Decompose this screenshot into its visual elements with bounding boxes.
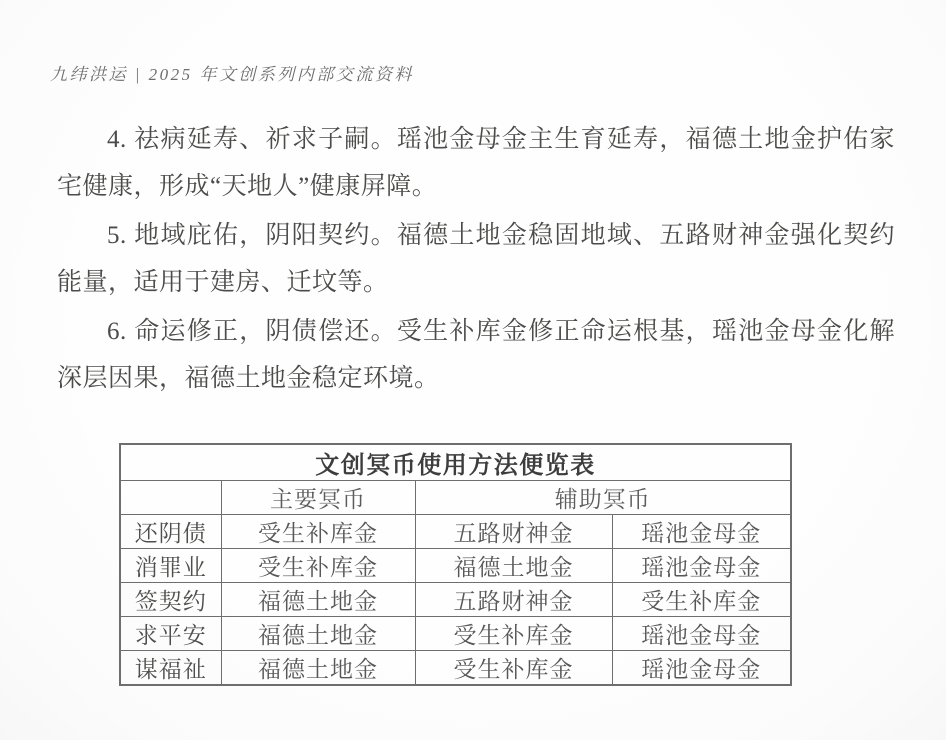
usage-table: 文创冥币使用方法便览表 主要冥币 辅助冥币 还阴债 受生补库金 五路财神金 瑶池… xyxy=(119,443,792,686)
table-header-row: 主要冥币 辅助冥币 xyxy=(120,481,791,515)
paragraph-5: 5. 地域庇佑，阴阳契约。福德土地金稳固地域、五路财神金强化契约能量，适用于建房… xyxy=(57,212,895,306)
table-row: 谋福祉 福德土地金 受生补库金 瑶池金母金 xyxy=(120,651,791,686)
corner-cell xyxy=(120,481,221,515)
table-cell: 福德土地金 xyxy=(221,583,415,617)
table-title: 文创冥币使用方法便览表 xyxy=(120,444,791,481)
col-header-main: 主要冥币 xyxy=(221,481,415,515)
table-cell: 瑶池金母金 xyxy=(612,515,791,549)
row-label: 谋福祉 xyxy=(120,651,221,686)
table-row: 还阴债 受生补库金 五路财神金 瑶池金母金 xyxy=(120,515,791,549)
paragraph-6: 6. 命运修正，阴债偿还。受生补库金修正命运根基，瑶池金母金化解深层因果，福德土… xyxy=(57,308,895,402)
document-page: 九纬洪运 | 2025 年文创系列内部交流资料 4. 祛病延寿、祈求子嗣。瑶池金… xyxy=(0,0,946,740)
table-row: 签契约 福德土地金 五路财神金 受生补库金 xyxy=(120,583,791,617)
row-label: 签契约 xyxy=(120,583,221,617)
table-cell: 受生补库金 xyxy=(415,617,612,651)
table-cell: 受生补库金 xyxy=(221,515,415,549)
usage-table-wrap: 文创冥币使用方法便览表 主要冥币 辅助冥币 还阴债 受生补库金 五路财神金 瑶池… xyxy=(119,443,792,686)
document-header: 九纬洪运 | 2025 年文创系列内部交流资料 xyxy=(50,60,414,85)
table-cell: 福德土地金 xyxy=(221,651,415,686)
document-body: 4. 祛病延寿、祈求子嗣。瑶池金母金主生育延寿，福德土地金护佑家宅健康，形成“天… xyxy=(57,116,895,404)
table-cell: 五路财神金 xyxy=(415,515,612,549)
table-cell: 瑶池金母金 xyxy=(612,549,791,583)
table-cell: 瑶池金母金 xyxy=(612,617,791,651)
table-cell: 瑶池金母金 xyxy=(612,651,791,686)
table-row: 求平安 福德土地金 受生补库金 瑶池金母金 xyxy=(120,617,791,651)
row-label: 消罪业 xyxy=(120,549,221,583)
row-label: 还阴债 xyxy=(120,515,221,549)
table-row: 消罪业 受生补库金 福德土地金 瑶池金母金 xyxy=(120,549,791,583)
table-cell: 受生补库金 xyxy=(612,583,791,617)
row-label: 求平安 xyxy=(120,617,221,651)
table-cell: 五路财神金 xyxy=(415,583,612,617)
paragraph-4: 4. 祛病延寿、祈求子嗣。瑶池金母金主生育延寿，福德土地金护佑家宅健康，形成“天… xyxy=(57,116,895,210)
table-cell: 受生补库金 xyxy=(221,549,415,583)
table-cell: 福德土地金 xyxy=(221,617,415,651)
table-cell: 受生补库金 xyxy=(415,651,612,686)
table-title-row: 文创冥币使用方法便览表 xyxy=(120,444,791,481)
col-header-auxiliary: 辅助冥币 xyxy=(415,481,791,515)
table-cell: 福德土地金 xyxy=(415,549,612,583)
